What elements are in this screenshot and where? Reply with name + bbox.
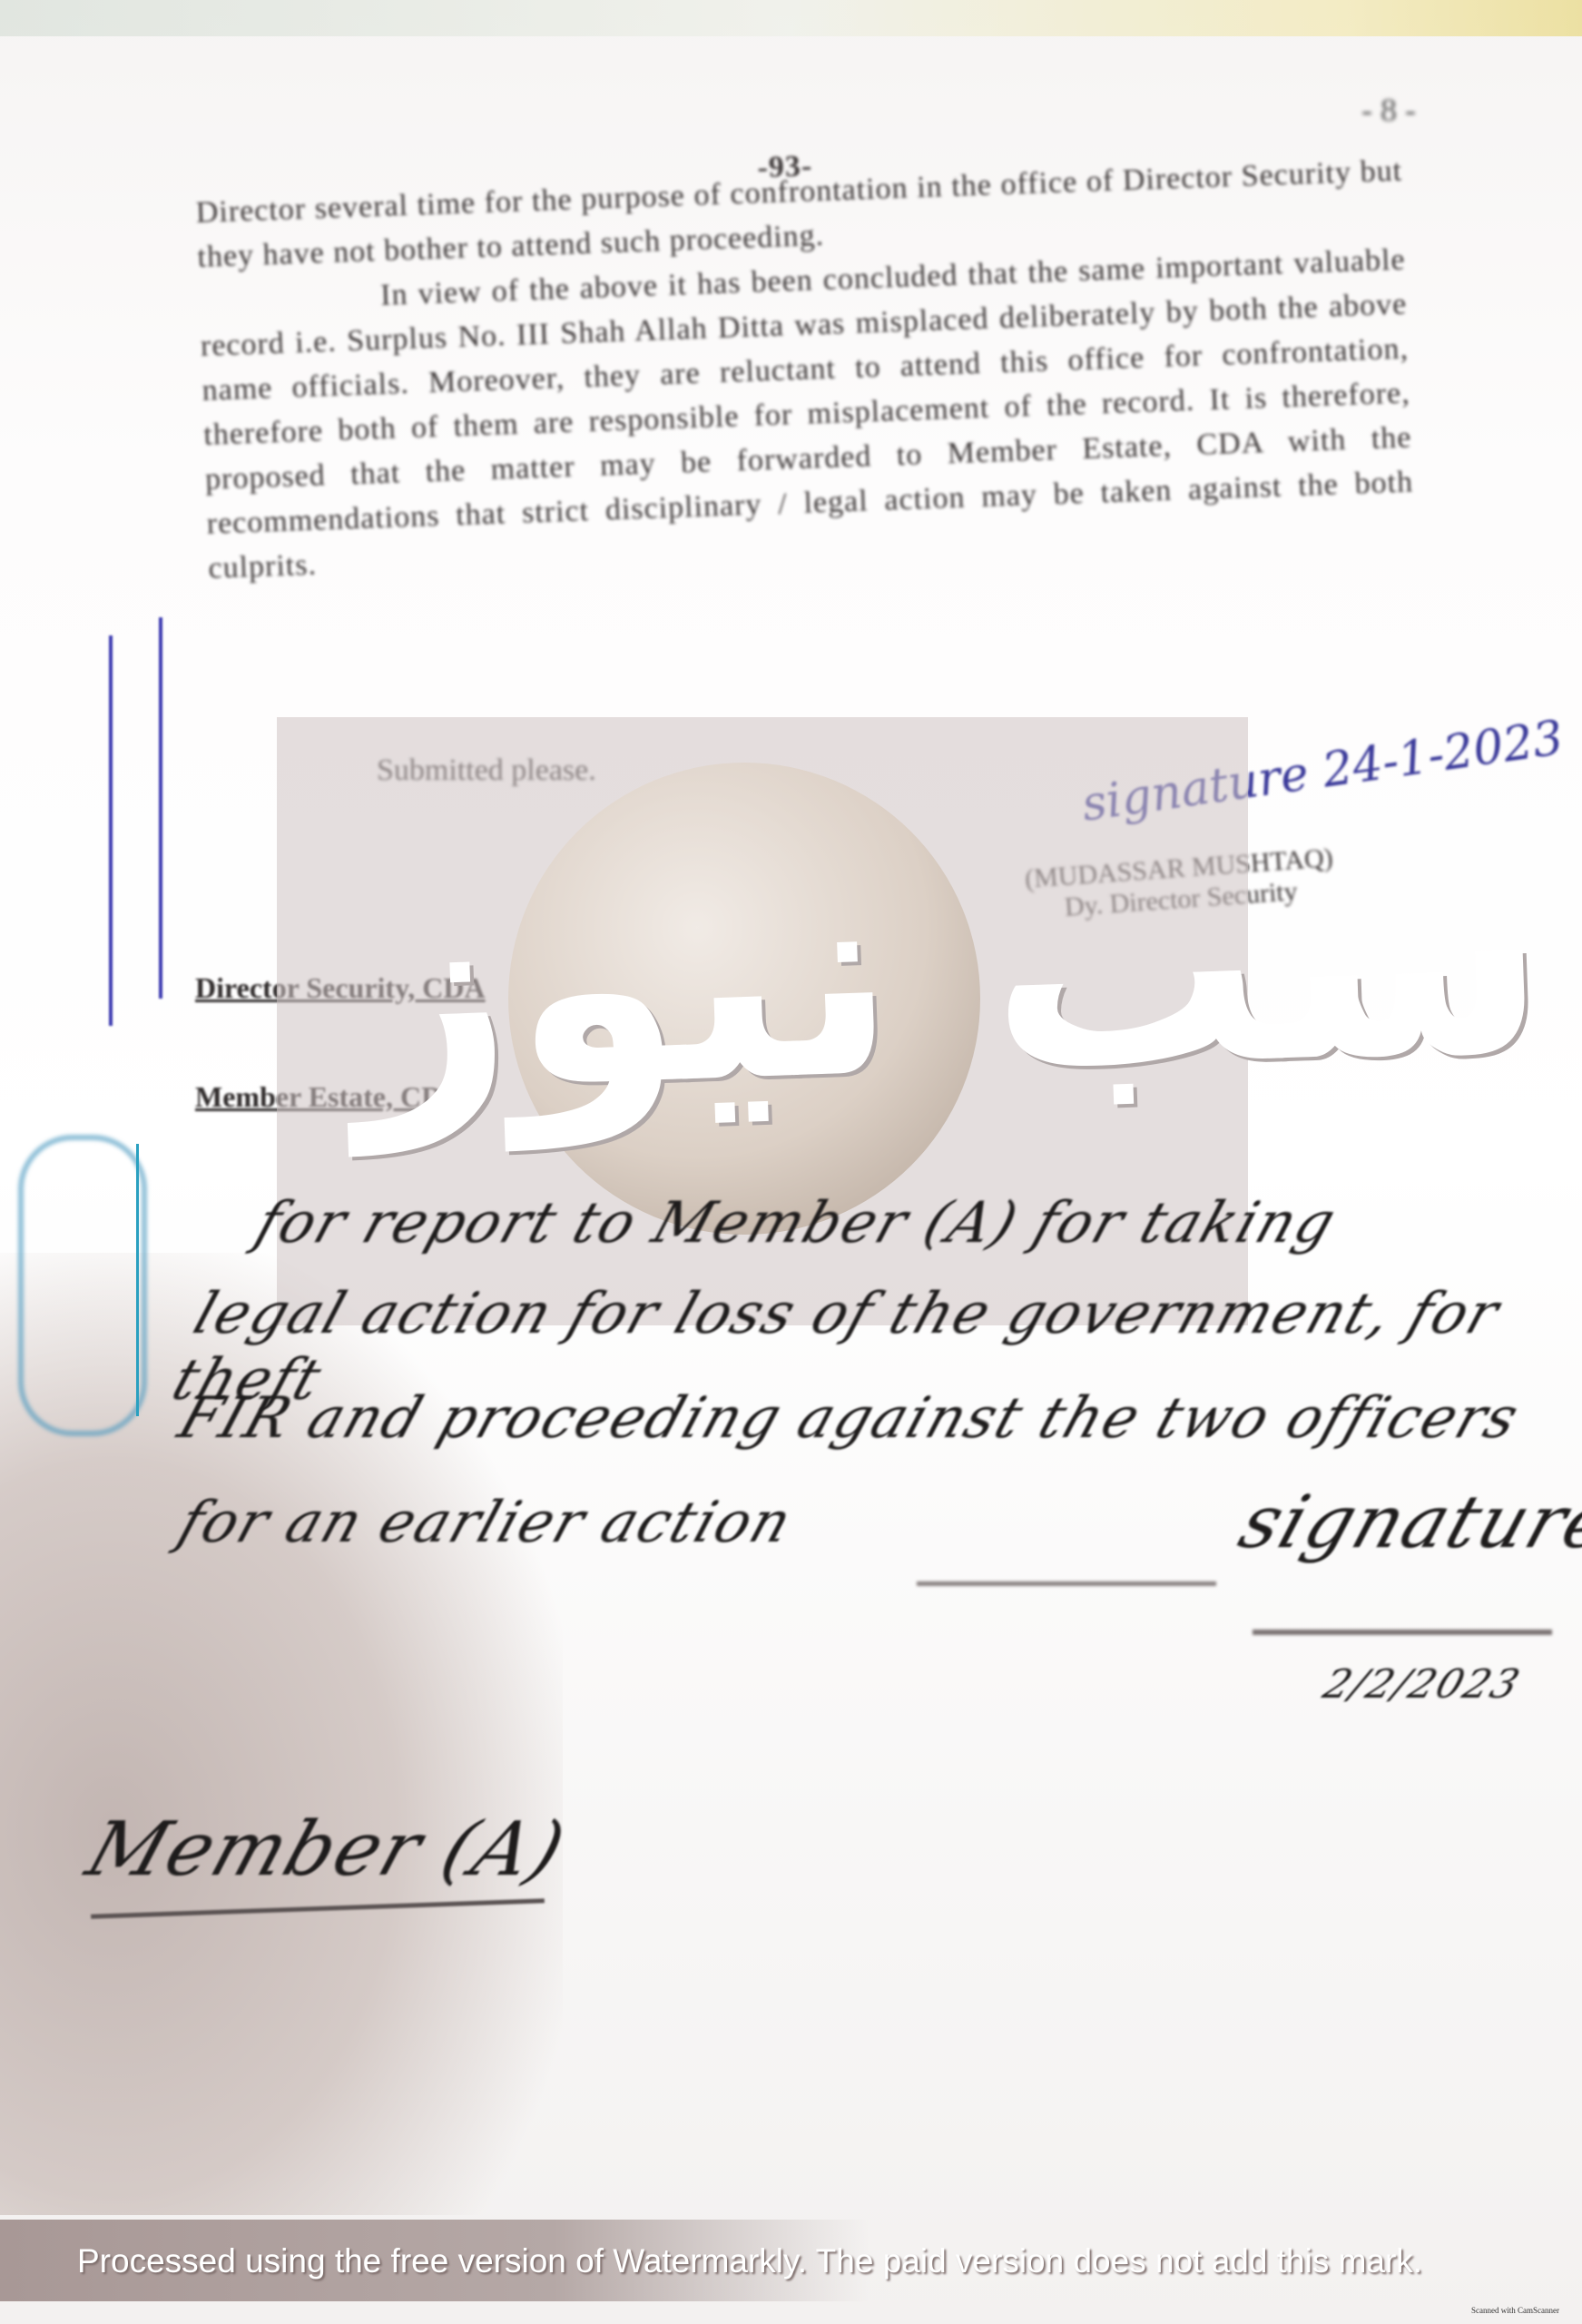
scanner-note: Scanned with CamScanner [1471, 2306, 1559, 2315]
margin-ink-line [159, 617, 162, 999]
handwritten-dash [917, 1581, 1216, 1586]
page-marker: - 8 - [1361, 91, 1416, 129]
background-strip [0, 0, 1582, 36]
watermarkly-footer: Processed using the free version of Wate… [77, 2242, 1422, 2280]
scanned-document-page: - 8 - -93- Director several time for the… [0, 0, 1582, 2324]
typed-paragraph-2: In view of the above it has been conclud… [198, 238, 1415, 591]
handwritten-line-4: for an earlier action [171, 1489, 801, 1555]
margin-ink-line [109, 635, 113, 1026]
blue-date: 24-1-2023 [1319, 711, 1566, 799]
handwritten-date: 2/2/2023 [1318, 1661, 1527, 1708]
typed-body: -93- Director several time for the purpo… [195, 149, 1416, 591]
page-number: -93- [757, 143, 813, 190]
handwritten-line-1: for report to Member (A) for taking [248, 1189, 1345, 1256]
stamp-mark [18, 1135, 147, 1436]
handwritten-member: Member (A) [77, 1807, 577, 1893]
handwritten-line-3: FIR and proceeding against the two offic… [171, 1384, 1528, 1451]
handwritten-signature: signature [1230, 1480, 1582, 1564]
watermark-logo-text: سب نیوز [349, 796, 1550, 1155]
stamp-line [136, 1144, 139, 1416]
signature-line [1253, 1630, 1552, 1635]
